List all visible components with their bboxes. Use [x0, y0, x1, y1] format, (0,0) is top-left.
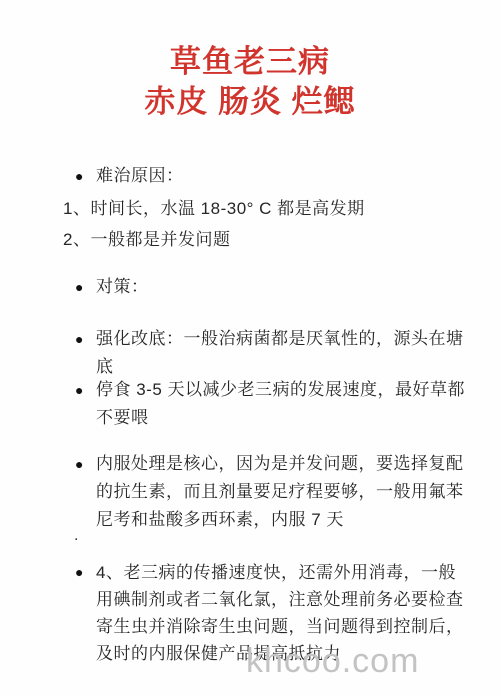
bullet-icon: ●	[75, 162, 96, 190]
numbered-line-2: 2、一般都是并发问题	[63, 226, 468, 254]
list-item-text: 内服处理是核心，因为是并发问题，要选择复配的抗生素，而且剂量要足疗程要够，一般用…	[96, 450, 471, 534]
list-item-text: 停食 3-5 天以减少老三病的发展速度，最好草都不要喂	[96, 376, 471, 432]
page-subtitle: 赤皮 肠炎 烂鳃	[0, 82, 500, 122]
bullet-icon: ●	[75, 273, 96, 301]
bullet-icon: ●	[75, 325, 96, 353]
list-item-reasons-heading: ● 难治原因：	[75, 162, 471, 190]
list-item-bottom-improvement: ● 强化改底：一般治病菌都是厌氧性的，源头在塘底	[75, 325, 471, 381]
bullet-icon: ●	[75, 376, 96, 404]
watermark: khcoo.com	[246, 642, 419, 681]
bullet-icon: ●	[75, 450, 96, 478]
page-title-block: 草鱼老三病 赤皮 肠炎 烂鳃	[0, 42, 500, 122]
document-page: 草鱼老三病 赤皮 肠炎 烂鳃 ● 难治原因： 1、时间长，水温 18-30° C…	[0, 0, 500, 695]
list-item-text: 强化改底：一般治病菌都是厌氧性的，源头在塘底	[96, 325, 471, 381]
list-item-countermeasures-heading: ● 对策：	[75, 273, 471, 301]
list-item-oral-treatment: ● 内服处理是核心，因为是并发问题，要选择复配的抗生素，而且剂量要足疗程要够，一…	[75, 450, 471, 534]
stray-dot-mark: .	[74, 528, 78, 544]
list-item-stop-feeding: ● 停食 3-5 天以减少老三病的发展速度，最好草都不要喂	[75, 376, 471, 432]
list-item-text: 对策：	[96, 273, 471, 301]
page-title: 草鱼老三病	[0, 42, 500, 82]
bullet-icon: ●	[75, 559, 96, 586]
numbered-line-1: 1、时间长，水温 18-30° C 都是高发期	[63, 195, 468, 223]
list-item-text: 难治原因：	[96, 162, 471, 190]
